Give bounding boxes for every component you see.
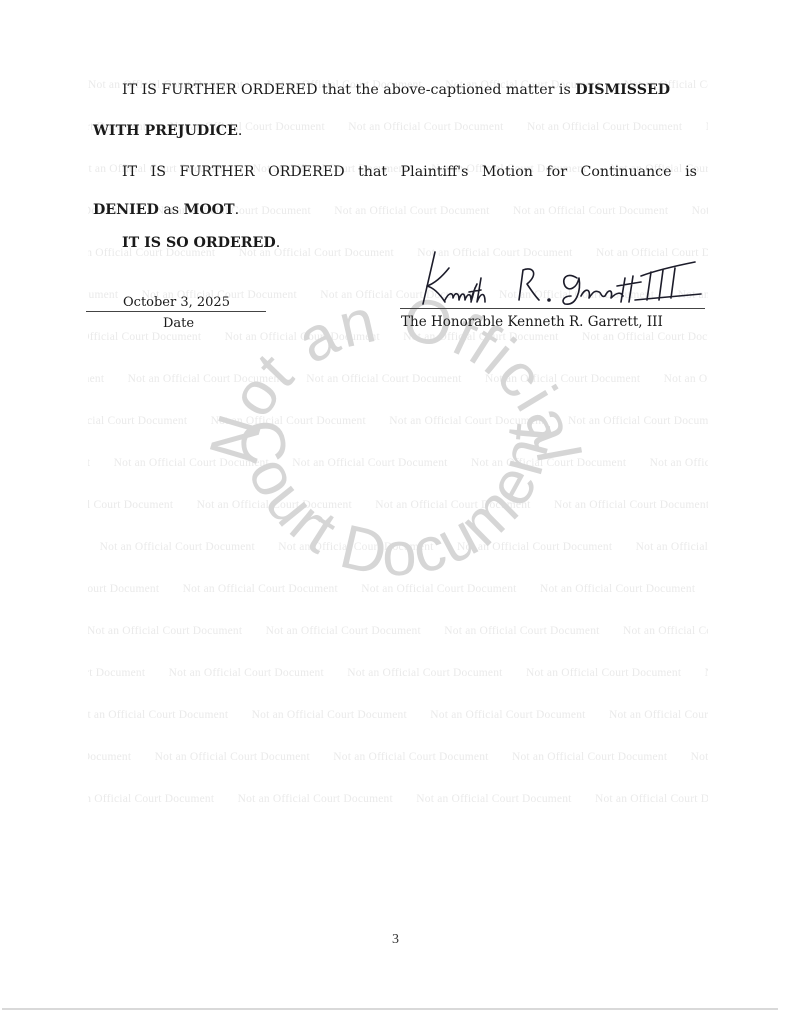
paragraph-word: is: [685, 164, 697, 180]
watermark-row: Not an Official Court Document Not an Of…: [88, 667, 708, 679]
bold-term: MOOT: [184, 202, 235, 218]
paragraph-text: as: [159, 202, 184, 218]
watermark-row: Not an Official Court Document Not an Of…: [88, 457, 708, 469]
order-paragraph-continuance: ITISFURTHERORDEREDthatPlaintiff'sMotionf…: [122, 164, 697, 180]
bold-term: DISMISSED: [575, 82, 670, 98]
so-ordered-statement: IT IS SO ORDERED.: [122, 236, 280, 250]
paragraph-word: Motion: [482, 164, 533, 180]
paragraph-word: FURTHER: [179, 164, 254, 180]
paragraph-word: for: [546, 164, 567, 180]
order-paragraph-dismissal-line2: WITH PREJUDICE.: [93, 124, 242, 138]
paragraph-text: IT IS FURTHER ORDERED that the above-cap…: [122, 82, 575, 98]
paragraph-word: Continuance: [581, 164, 672, 180]
watermark-row: Not an Official Court Document Not an Of…: [88, 415, 708, 427]
paragraph-word: that: [358, 164, 387, 180]
watermark-row: Not an Official Court Document Not an Of…: [88, 331, 708, 343]
watermark-row: Not an Official Court Document Not an Of…: [88, 541, 708, 553]
order-paragraph-continuance-line2: DENIED as MOOT.: [93, 203, 239, 217]
page-number: 3: [0, 932, 791, 948]
paragraph-word: IT: [122, 164, 137, 180]
paragraph-word: Plaintiff's: [401, 164, 469, 180]
bold-term: DENIED: [93, 202, 159, 218]
paragraph-word: IS: [151, 164, 166, 180]
watermark-row: Not an Official Court Document Not an Of…: [88, 583, 708, 595]
watermark-row: Not an Official Court Document Not an Of…: [88, 793, 708, 805]
bold-term: WITH PREJUDICE: [93, 123, 238, 139]
punctuation: .: [238, 123, 243, 139]
signature-line: [400, 308, 705, 309]
watermark-row: Not an Official Court Document Not an Of…: [88, 373, 708, 385]
judge-signature: [405, 248, 705, 310]
order-paragraph-dismissal: IT IS FURTHER ORDERED that the above-cap…: [122, 83, 670, 97]
punctuation: .: [276, 235, 281, 251]
bold-term: IT IS SO ORDERED: [122, 235, 276, 251]
watermark-row: Not an Official Court Document Not an Of…: [88, 499, 708, 511]
date-line: [86, 311, 266, 312]
order-date: October 3, 2025: [123, 295, 230, 310]
watermark-row: Not an Official Court Document Not an Of…: [88, 709, 708, 721]
watermark-background: Not an Official Court Document Not an Of…: [88, 75, 708, 815]
paragraph-word: ORDERED: [268, 164, 344, 180]
watermark-row: Not an Official Court Document Not an Of…: [88, 751, 708, 763]
document-page: Not an Official Court Document Not an Of…: [0, 0, 791, 1024]
watermark-row: Not an Official Court Document Not an Of…: [88, 625, 708, 637]
date-label: Date: [163, 316, 194, 331]
signer-name: The Honorable Kenneth R. Garrett, III: [401, 314, 663, 330]
punctuation: .: [235, 202, 240, 218]
page-edge-divider: [2, 1008, 778, 1010]
